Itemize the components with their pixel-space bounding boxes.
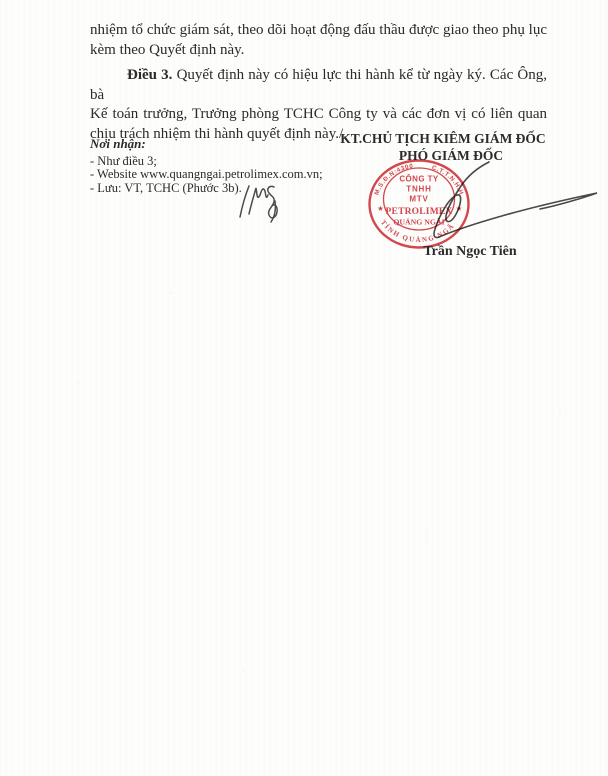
article-label: Điều 3.	[127, 67, 172, 83]
paragraph-continuation: nhiệm tổ chức giám sát, theo dõi hoạt độ…	[90, 21, 547, 60]
scanned-document-page: nhiệm tổ chức giám sát, theo dõi hoạt độ…	[0, 0, 608, 776]
recipients-block: Nơi nhận: - Như điều 3; - Website www.qu…	[90, 136, 330, 195]
paragraph-line: nhiệm tổ chức giám sát, theo dõi hoạt độ…	[90, 21, 547, 41]
paragraph-line: Điều 3. Quyết định này có hiệu lực thi h…	[90, 66, 547, 105]
recipients-item: - Website www.quangngai.petrolimex.com.v…	[90, 168, 330, 181]
recipients-item: - Lưu: VT, TCHC (Phước 3b).	[90, 182, 330, 195]
paragraph-line: kèm theo Quyết định này.	[90, 41, 547, 61]
recipients-item: - Như điều 3;	[90, 155, 330, 168]
signer-name: Trần Ngọc Tiên	[399, 244, 541, 260]
recipients-title: Nơi nhận:	[90, 136, 330, 152]
signer-position-line1: KT.CHỦ TỊCH KIÊM GIÁM ĐỐC	[330, 130, 556, 147]
initial-paraph-icon	[233, 179, 281, 227]
paragraph-line: Kế toán trưởng, Trưởng phòng TCHC Công t…	[90, 105, 547, 125]
